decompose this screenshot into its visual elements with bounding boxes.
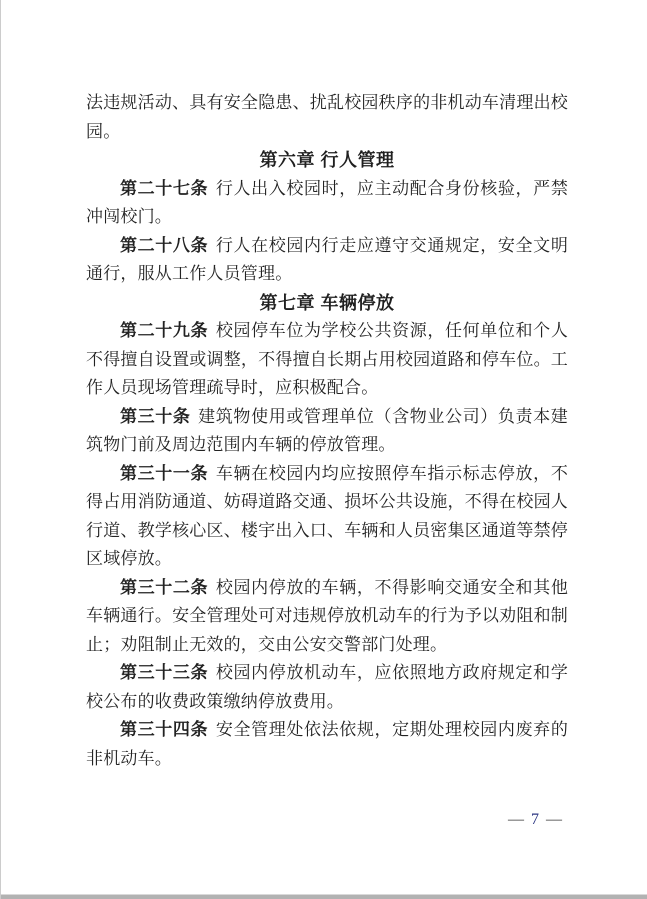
article-30: 第三十条建筑物使用或管理单位（含物业公司）负责本建筑物门前及周边范围内车辆的停放…	[86, 403, 568, 460]
article-27: 第二十七条行人出入校园时，应主动配合身份核验，严禁冲闯校门。	[86, 175, 568, 232]
article-34: 第三十四条安全管理处依法依规，定期处理校园内废弃的非机动车。	[86, 716, 568, 773]
chapter-heading-vehicle-parking: 第七章 车辆停放	[86, 289, 568, 318]
paragraph-continuation: 法违规活动、具有安全隐患、扰乱校园秩序的非机动车清理出校园。	[86, 89, 568, 146]
article-32-number: 第三十二条	[120, 578, 208, 597]
page-number-value: 7	[531, 811, 540, 828]
article-30-number: 第三十条	[120, 407, 191, 426]
article-29: 第二十九条校园停车位为学校公共资源，任何单位和个人不得擅自设置或调整，不得擅自长…	[86, 317, 568, 403]
article-31-number: 第三十一条	[120, 464, 208, 483]
article-28-number: 第二十八条	[120, 236, 208, 255]
page-number: —7—	[508, 810, 563, 830]
article-33-number: 第三十三条	[120, 663, 208, 682]
document-body: 法违规活动、具有安全隐患、扰乱校园秩序的非机动车清理出校园。 第六章 行人管理 …	[86, 0, 568, 773]
page-number-dash-left: —	[508, 811, 525, 828]
article-27-number: 第二十七条	[120, 179, 208, 198]
article-28: 第二十八条行人在校园内行走应遵守交通规定，安全文明通行，服从工作人员管理。	[86, 232, 568, 289]
article-33: 第三十三条校园内停放机动车，应依照地方政府规定和学校公布的收费政策缴纳停放费用。	[86, 659, 568, 716]
page-number-dash-right: —	[546, 811, 563, 828]
article-31: 第三十一条车辆在校园内均应按照停车指示标志停放，不得占用消防通道、妨碍道路交通、…	[86, 460, 568, 574]
document-page: 法违规活动、具有安全隐患、扰乱校园秩序的非机动车清理出校园。 第六章 行人管理 …	[0, 0, 647, 899]
chapter-heading-pedestrian-management: 第六章 行人管理	[86, 146, 568, 175]
article-34-number: 第三十四条	[120, 720, 208, 739]
article-29-number: 第二十九条	[120, 321, 208, 340]
article-32: 第三十二条校园内停放的车辆，不得影响交通安全和其他车辆通行。安全管理处可对违规停…	[86, 574, 568, 660]
scan-bottom-edge	[1, 894, 647, 899]
